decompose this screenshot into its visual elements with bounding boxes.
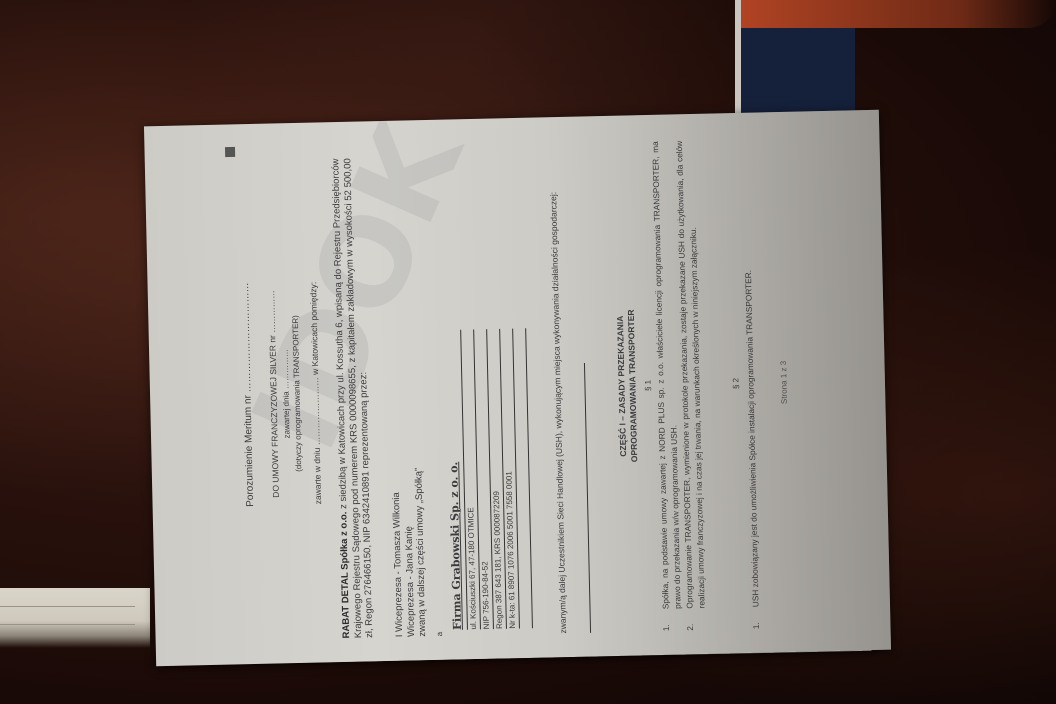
paper-edge-line <box>0 624 135 625</box>
page-content: IDOK Porozumienie Meritum nr ……………………………… <box>144 110 891 667</box>
section-1-items: 1. Spółka, na podstawie umowy zawartej z… <box>649 140 708 631</box>
logo-icon <box>224 146 234 156</box>
item-number: 1. <box>750 607 762 629</box>
item-number: 1. <box>660 608 683 631</box>
page-number: Strona 1 z 3 <box>773 152 795 612</box>
book-orange-band <box>735 0 1056 28</box>
paper-stack <box>0 588 150 648</box>
party2-block: Firma Grabowski Sp. z o. o. ul. Kościusz… <box>445 328 533 630</box>
conjunction: a <box>434 631 446 636</box>
paper-edge-line <box>0 606 135 607</box>
book-page-edge <box>735 0 741 130</box>
document-page: IDOK Porozumienie Meritum nr ……………………………… <box>144 110 891 667</box>
item-number: 2. <box>684 608 707 631</box>
